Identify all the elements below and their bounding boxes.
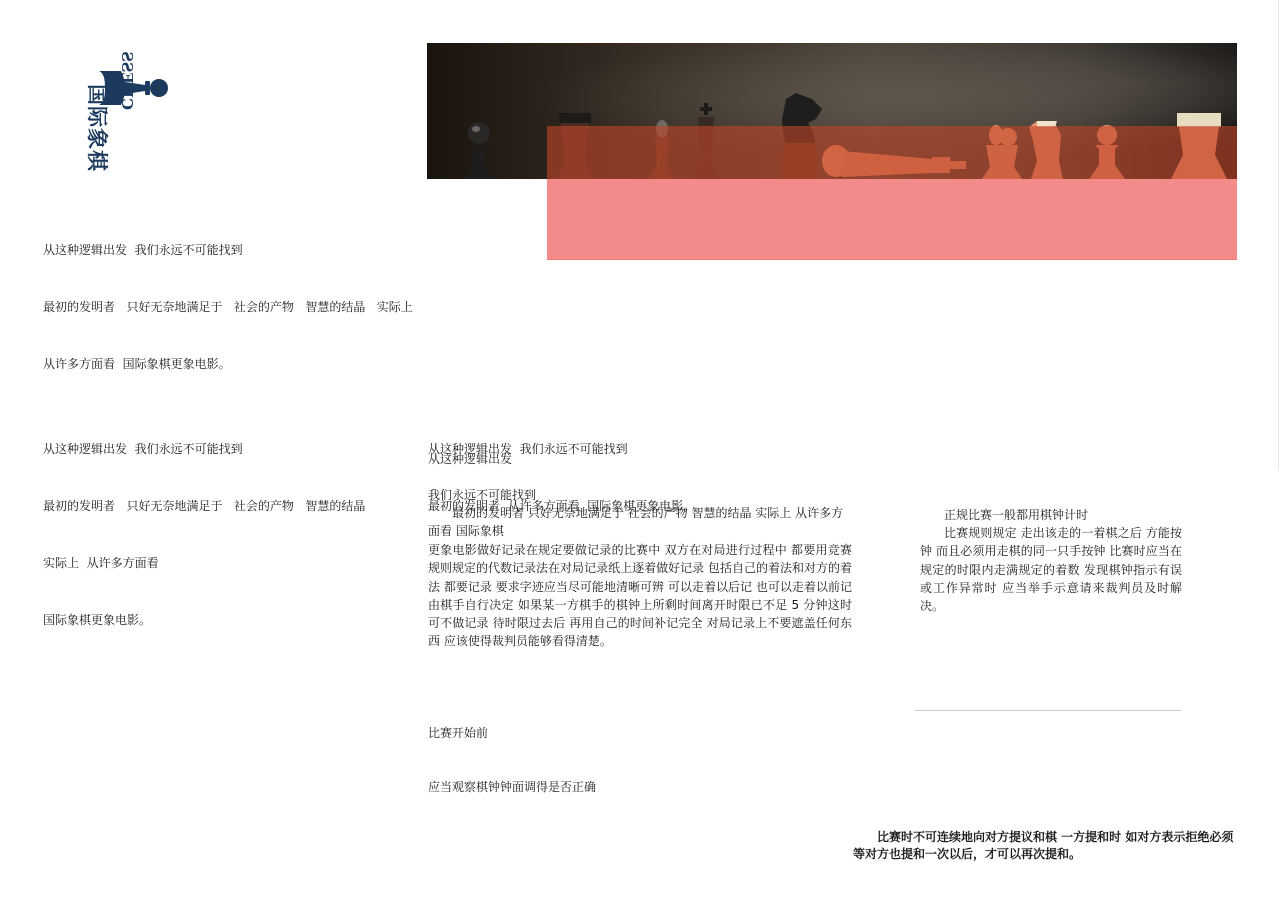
middle-paragraph-2: 更象电影做好记录在规定要做记录的比赛中 双方在对局进行过程中 都要用竞赛规则规定… bbox=[428, 541, 852, 651]
intro-line: 最初的发明者 只好无奈地满足于 社会的产物 智慧的结晶 实际上 bbox=[43, 298, 413, 317]
intro-line: 从许多方面看 国际象棋更象电影。 bbox=[43, 355, 413, 374]
pawn-dark-icon bbox=[459, 119, 499, 179]
page-edge-line bbox=[1278, 0, 1279, 470]
middle-paragraph-1: 最初的发明者 只好无奈地满足于 社会的产物 智慧的结晶 实际上 从许多方面看 国… bbox=[428, 504, 852, 541]
middle-subheading: 从这种逻辑出发 bbox=[428, 450, 512, 469]
right-paragraph: 比赛规则规定 走出该走的一着棋之后 方能按钟 而且必须用走棋的同一只手按钟 比赛… bbox=[920, 524, 1182, 615]
red-overlay-band bbox=[547, 126, 1237, 179]
left-text-block: 从这种逻辑出发 我们永远不可能找到 最初的发明者 只好无奈地满足于 社会的产物 … bbox=[43, 402, 365, 649]
chess-pawn-icon bbox=[95, 67, 170, 109]
label-check-clock: 应当观察棋钟钟面调得是否正确 bbox=[428, 778, 596, 797]
footer-note: 比赛时不可连续地向对方提议和棋 一方提和时 如对方表示拒绝必须等对方也提和一次以… bbox=[853, 829, 1238, 863]
divider-line bbox=[915, 710, 1181, 711]
intro-text-block: 从这种逻辑出发 我们永远不可能找到 最初的发明者 只好无奈地满足于 社会的产物 … bbox=[43, 203, 413, 393]
middle-subheading-2: 我们永远不可能找到 bbox=[428, 486, 536, 505]
right-line-1: 正规比赛一般都用棋钟计时 bbox=[920, 506, 1182, 524]
left-line: 最初的发明者 只好无奈地满足于 社会的产物 智慧的结晶 bbox=[43, 497, 365, 516]
left-line: 实际上 从许多方面看 bbox=[43, 554, 365, 573]
label-before-match: 比赛开始前 bbox=[428, 724, 488, 743]
intro-line: 从这种逻辑出发 我们永远不可能找到 bbox=[43, 241, 413, 260]
left-line: 从这种逻辑出发 我们永远不可能找到 bbox=[43, 440, 365, 459]
pink-color-block bbox=[547, 179, 1237, 260]
left-line: 国际象棋更象电影。 bbox=[43, 611, 365, 630]
logo: 国际象棋 CHESS bbox=[40, 40, 175, 135]
